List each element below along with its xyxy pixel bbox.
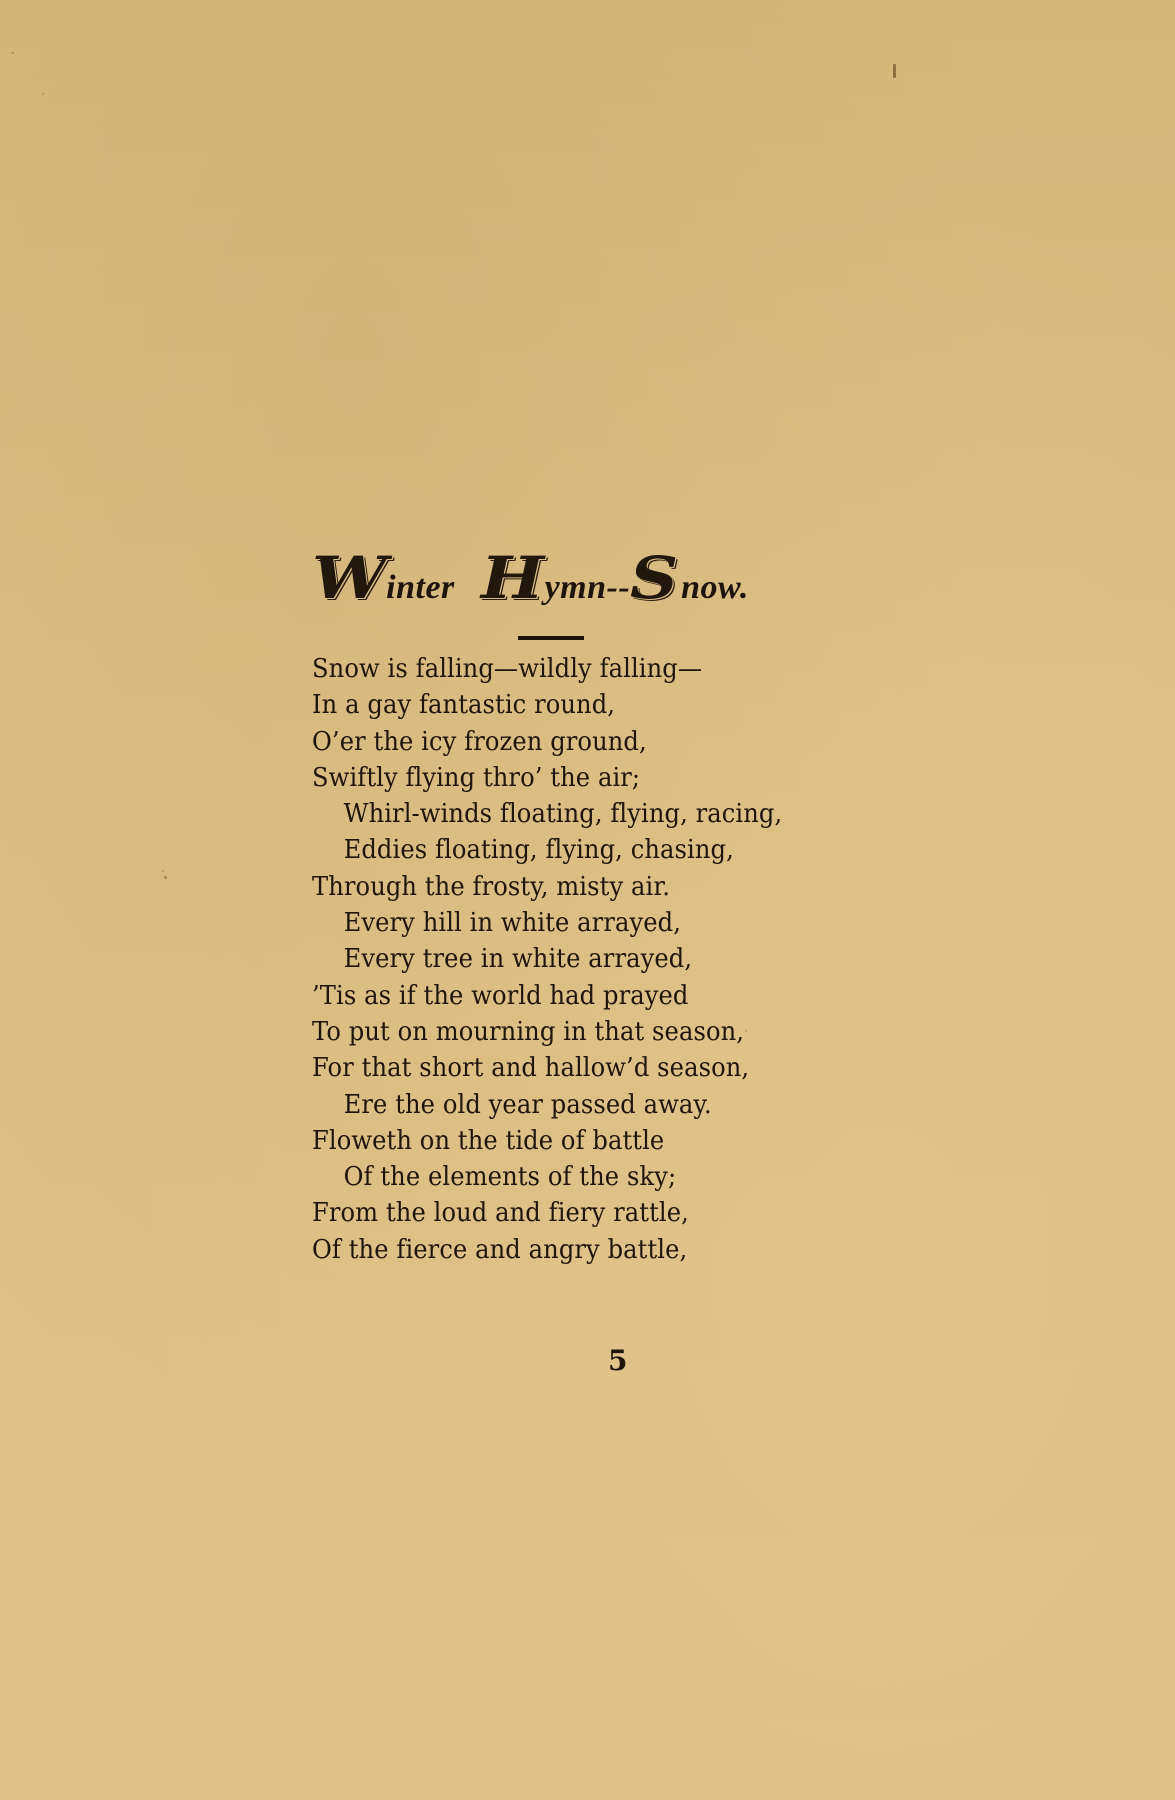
ink-speck [164, 876, 167, 879]
poem-line: In a gay fantastic round, [312, 687, 833, 723]
ink-speck [162, 870, 164, 872]
poem-line-indented: Every tree in white arrayed, [312, 941, 833, 977]
title-word-winter: Winter [312, 548, 455, 621]
poem-title: WinterHymn--Snow. [312, 548, 792, 614]
poem-line-indented: Ere the old year passed away. [312, 1087, 833, 1123]
poem-line-indented: Every hill in white arrayed, [312, 905, 833, 941]
title-word-snow: Snow. [630, 548, 749, 621]
title-initial: W [312, 548, 388, 608]
title-word-rest: ymn-- [545, 569, 631, 606]
poem-line-indented: Whirl-winds floating, flying, racing, [312, 796, 833, 832]
poem-line: For that short and hallow’d season, [312, 1050, 833, 1086]
ink-speck [42, 93, 44, 95]
poem-line: Swiftly flying thro’ the air; [312, 760, 833, 796]
poem-body: Snow is falling—wildly falling— In a gay… [312, 651, 872, 1268]
title-rule-divider [518, 636, 584, 640]
title-initial: S [630, 548, 679, 608]
poem-line: Of the fierce and angry battle, [312, 1232, 833, 1268]
title-word-rest: now. [681, 569, 749, 606]
poem-line: ’Tis as if the world had prayed [312, 978, 833, 1014]
title-initial: H [481, 548, 545, 608]
ink-mark [893, 64, 896, 78]
title-word-rest: inter [386, 569, 455, 606]
poem-line: Floweth on the tide of battle [312, 1123, 833, 1159]
poem-line: From the loud and fiery rattle, [312, 1195, 833, 1231]
poem-line: Snow is falling—wildly falling— [312, 651, 833, 687]
page-number: 5 [608, 1344, 627, 1378]
poem-line: O’er the icy frozen ground, [312, 724, 833, 760]
poem-line-indented: Of the elements of the sky; [312, 1159, 833, 1195]
title-word-hymn: Hymn-- [481, 548, 630, 621]
poem-line: To put on mourning in that season, [312, 1014, 833, 1050]
ink-speck [11, 52, 14, 54]
poem-line-indented: Eddies floating, flying, chasing, [312, 832, 833, 868]
poem-line: Through the frosty, misty air. [312, 869, 833, 905]
book-page: WinterHymn--Snow. Snow is falling—wildly… [0, 0, 1175, 1800]
